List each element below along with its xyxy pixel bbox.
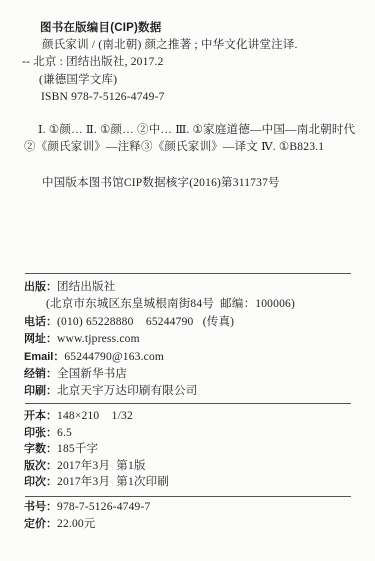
field-label: 印张： [24, 425, 57, 442]
field-value: 22.00元 [57, 516, 96, 533]
print-specs-section: 开本： 148×210 1/32 印张： 6.5 字数： 185千字 版次： 2… [24, 408, 361, 491]
publisher-info-section: 出版： 团结出版社 (北京市东城区东皇城根南街84号 邮编：100006) 电话… [24, 279, 361, 401]
info-row-email: Email： 65244790@163.com [24, 349, 361, 366]
field-label: 印次： [24, 474, 57, 491]
cip-record-number-line: 中国版本图书馆CIP数据核字(2016)第311737号 [22, 175, 359, 192]
field-value: 6.5 [57, 425, 72, 442]
divider-line-middle [25, 403, 351, 404]
field-label: 经销： [24, 366, 57, 383]
book-number-price-section: 书号： 978-7-5126-4749-7 定价： 22.00元 [24, 499, 361, 533]
field-value: (010) 65228880 65244790 (传真) [57, 314, 234, 331]
field-value: 北京天宇万达印刷有限公司 [57, 383, 197, 400]
divider-line-bottom [25, 496, 351, 497]
field-value: 185千字 [57, 441, 98, 458]
info-row-distributor: 经销： 全国新华书店 [24, 366, 361, 383]
divider-line-top [25, 273, 351, 274]
field-label: 版次： [24, 458, 57, 475]
info-row-sheets: 印张： 6.5 [24, 425, 361, 442]
field-label: 定价： [24, 516, 57, 533]
cip-classification-line-1: Ⅰ. ①颜… Ⅱ. ①颜… ②中… Ⅲ. ①家庭道德—中国—南北朝时代 [22, 122, 359, 139]
cip-data-section: 图书在版编目(CIP)数据 颜氏家训 / (南北朝) 颜之推著 ; 中华文化讲堂… [22, 20, 359, 193]
field-label: 印刷： [24, 383, 57, 400]
field-value: 2017年3月 第1版 [57, 458, 146, 475]
field-label: 书号： [24, 499, 57, 516]
field-value: 全国新华书店 [57, 366, 127, 383]
cip-header: 图书在版编目(CIP)数据 [22, 20, 359, 37]
info-row-website: 网址： www.tjpress.com [24, 331, 361, 348]
info-row-isbn: 书号： 978-7-5126-4749-7 [24, 499, 361, 516]
field-value: 65244790@163.com [64, 349, 164, 366]
field-value: 团结出版社 [57, 279, 116, 296]
info-row-phone: 电话： (010) 65228880 65244790 (传真) [24, 314, 361, 331]
book-copyright-page: 图书在版编目(CIP)数据 颜氏家训 / (南北朝) 颜之推著 ; 中华文化讲堂… [0, 0, 375, 561]
info-row-address: (北京市东城区东皇城根南街84号 邮编：100006) [24, 296, 361, 313]
field-label: 电话： [24, 314, 57, 331]
cip-isbn-line: ISBN 978-7-5126-4749-7 [22, 89, 359, 106]
cip-series-line: (谦德国学文库) [22, 72, 359, 89]
field-label: 出版： [24, 279, 57, 296]
info-row-edition: 版次： 2017年3月 第1版 [24, 458, 361, 475]
info-row-publish: 出版： 团结出版社 [24, 279, 361, 296]
info-row-price: 定价： 22.00元 [24, 516, 361, 533]
cip-title-line: 颜氏家训 / (南北朝) 颜之推著 ; 中华文化讲堂注译. [22, 37, 359, 54]
info-row-impression: 印次： 2017年3月 第1次印刷 [24, 474, 361, 491]
cip-publisher-line: -- 北京 : 团结出版社, 2017.2 [22, 54, 359, 71]
cip-classification-line-2: ②《颜氏家训》—注释③《颜氏家训》—译文 Ⅳ. ①B823.1 [22, 139, 359, 156]
field-label: 字数： [24, 441, 57, 458]
info-row-format: 开本： 148×210 1/32 [24, 408, 361, 425]
info-row-printer: 印刷： 北京天宇万达印刷有限公司 [24, 383, 361, 400]
field-label: 开本： [24, 408, 57, 425]
field-value: 2017年3月 第1次印刷 [57, 474, 169, 491]
field-value: (北京市东城区东皇城根南街84号 邮编：100006) [46, 296, 295, 313]
field-value: www.tjpress.com [57, 331, 140, 348]
field-label: Email： [24, 349, 64, 366]
field-value: 148×210 1/32 [57, 408, 133, 425]
field-label: 网址： [24, 331, 57, 348]
field-value: 978-7-5126-4749-7 [57, 499, 150, 516]
info-row-wordcount: 字数： 185千字 [24, 441, 361, 458]
